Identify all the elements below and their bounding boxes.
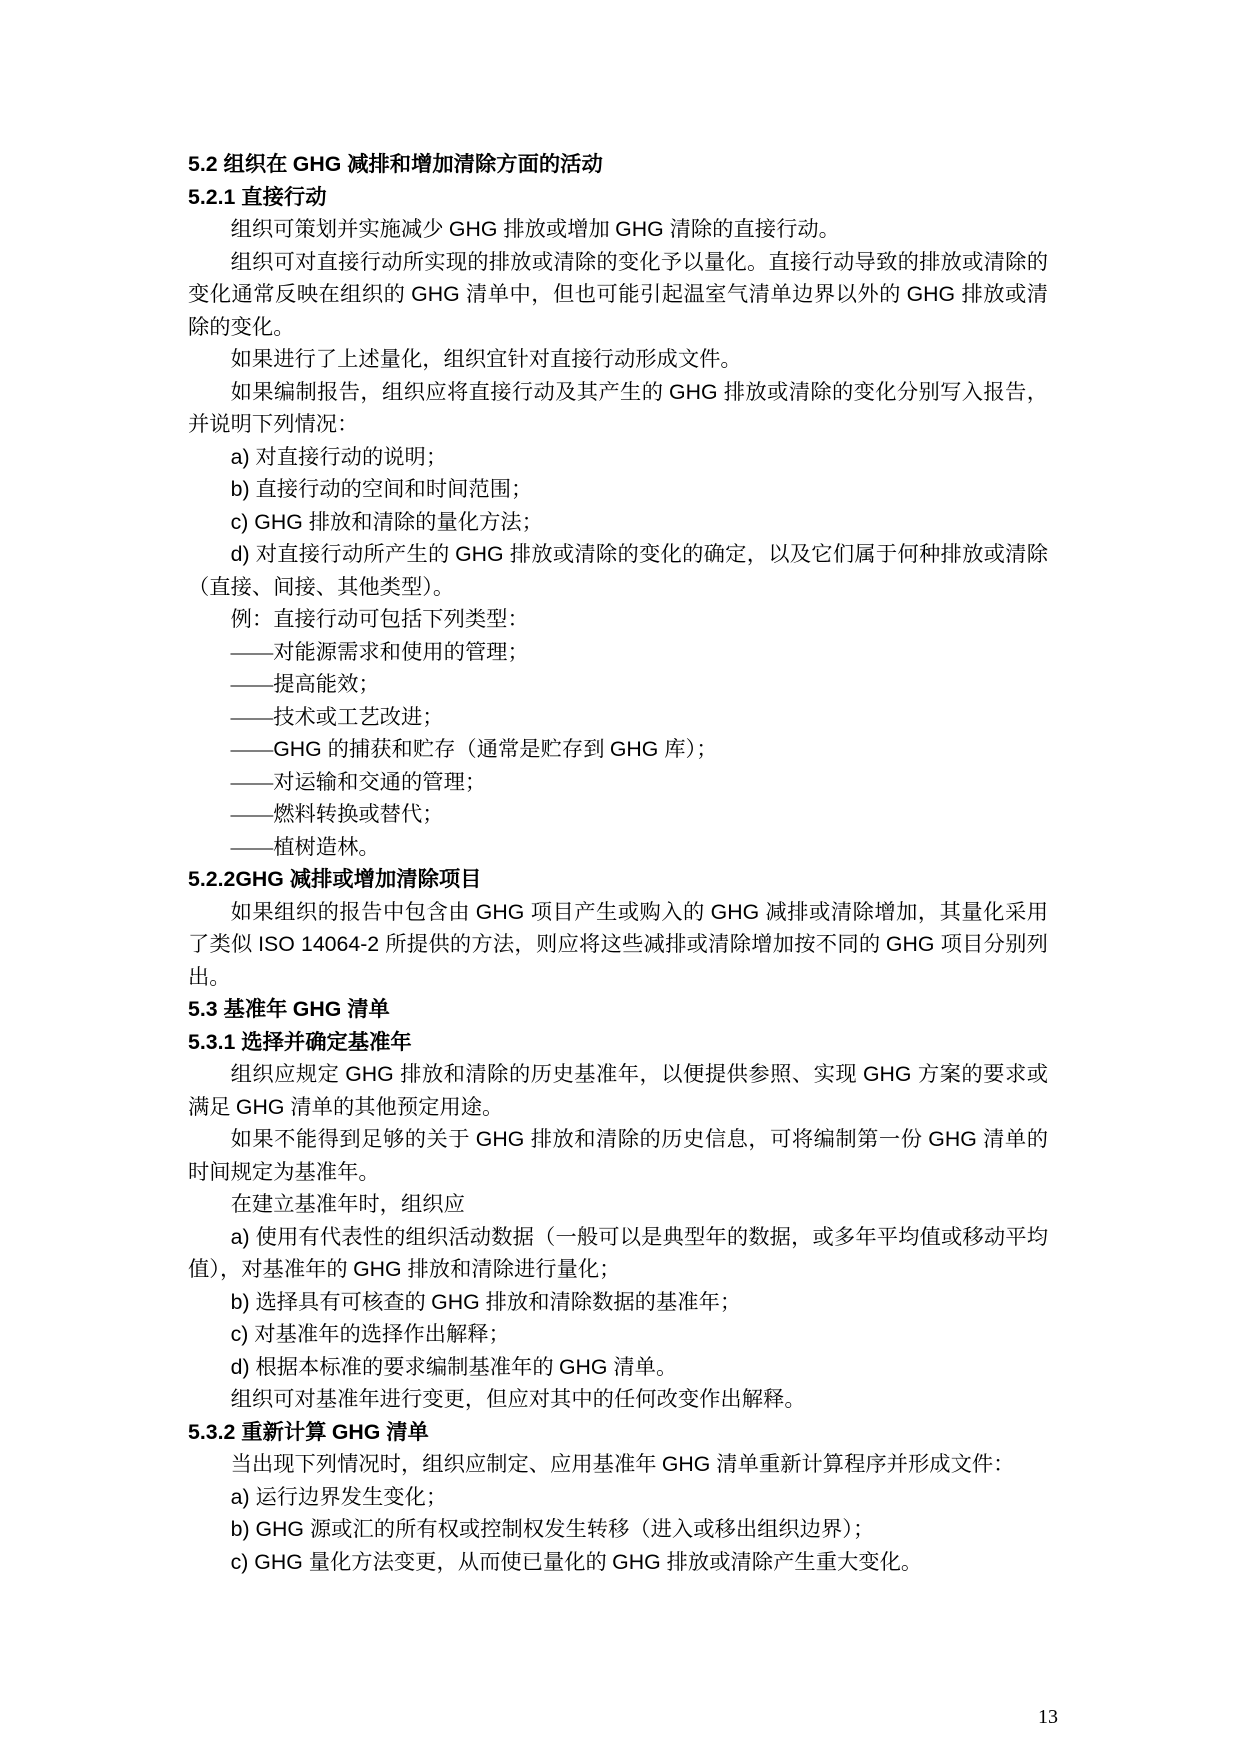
latin-text: GHG bbox=[886, 932, 941, 956]
latin-text: c) GHG bbox=[231, 510, 309, 534]
latin-text: d) bbox=[231, 542, 256, 566]
latin-text: GHG bbox=[928, 1127, 983, 1151]
latin-text: GHG bbox=[353, 1257, 407, 1281]
list-item: ——对能源需求和使用的管理； bbox=[188, 636, 1048, 669]
latin-text: GHG bbox=[236, 1095, 290, 1119]
list-item: ——燃料转换或替代； bbox=[188, 798, 1048, 831]
paragraph: 如果组织的报告中包含由 GHG 项目产生或购入的 GHG 减排或清除增加，其量化… bbox=[188, 896, 1048, 994]
latin-text: GHG bbox=[411, 282, 466, 306]
latin-text: a) bbox=[231, 1485, 256, 1509]
latin-text: d) bbox=[231, 1355, 256, 1379]
latin-text: GHG bbox=[559, 1355, 613, 1379]
list-item: a) 使用有代表性的组织活动数据（一般可以是典型年的数据，或多年平均值或移动平均… bbox=[188, 1221, 1048, 1286]
list-item: a) 对直接行动的说明； bbox=[188, 441, 1048, 474]
latin-text: ISO 14064-2 bbox=[258, 932, 385, 956]
section-heading: 5.3 基准年 GHG 清单 bbox=[188, 993, 1048, 1026]
latin-text: b) bbox=[231, 477, 256, 501]
latin-text: GHG bbox=[476, 900, 531, 924]
list-item: ——技术或工艺改进； bbox=[188, 701, 1048, 734]
document-page: 5.2 组织在 GHG 减排和增加清除方面的活动5.2.1 直接行动组织可策划并… bbox=[0, 0, 1240, 1755]
list-item: ——对运输和交通的管理； bbox=[188, 766, 1048, 799]
latin-text: 5.2 bbox=[188, 152, 224, 176]
latin-text: GHG bbox=[612, 1550, 666, 1574]
paragraph: 当出现下列情况时，组织应制定、应用基准年 GHG 清单重新计算程序并形成文件： bbox=[188, 1448, 1048, 1481]
list-item: b) 选择具有可核查的 GHG 排放和清除数据的基准年； bbox=[188, 1286, 1048, 1319]
list-item: ——提高能效； bbox=[188, 668, 1048, 701]
list-item: 例：直接行动可包括下列类型： bbox=[188, 603, 1048, 636]
latin-text: c) bbox=[231, 1322, 255, 1346]
latin-text: GHG bbox=[345, 1062, 400, 1086]
latin-text: b) bbox=[231, 1290, 256, 1314]
list-item: a) 运行边界发生变化； bbox=[188, 1481, 1048, 1514]
latin-text: GHG bbox=[273, 737, 327, 761]
section-heading: 5.3.1 选择并确定基准年 bbox=[188, 1026, 1048, 1059]
paragraph: 组织可对直接行动所实现的排放或清除的变化予以量化。直接行动导致的排放或清除的变化… bbox=[188, 246, 1048, 344]
list-item: b) 直接行动的空间和时间范围； bbox=[188, 473, 1048, 506]
latin-text: GHG bbox=[711, 900, 766, 924]
paragraph: 如果编制报告，组织应将直接行动及其产生的 GHG 排放或清除的变化分别写入报告，… bbox=[188, 376, 1048, 441]
latin-text: GHG bbox=[293, 152, 347, 176]
latin-text: GHG bbox=[431, 1290, 485, 1314]
list-item: ——GHG 的捕获和贮存（通常是贮存到 GHG 库）； bbox=[188, 733, 1048, 766]
latin-text: c) GHG bbox=[231, 1550, 309, 1574]
list-item: b) GHG 源或汇的所有权或控制权发生转移（进入或移出组织边界）； bbox=[188, 1513, 1048, 1546]
list-item: c) 对基准年的选择作出解释； bbox=[188, 1318, 1048, 1351]
paragraph: 组织可策划并实施减少 GHG 排放或增加 GHG 清除的直接行动。 bbox=[188, 213, 1048, 246]
section-heading: 5.2.1 直接行动 bbox=[188, 181, 1048, 214]
paragraph: 组织可对基准年进行变更，但应对其中的任何改变作出解释。 bbox=[188, 1383, 1048, 1416]
latin-text: GHG bbox=[669, 380, 724, 404]
section-heading: 5.2 组织在 GHG 减排和增加清除方面的活动 bbox=[188, 148, 1048, 181]
latin-text: a) bbox=[231, 1225, 256, 1249]
list-item: c) GHG 排放和清除的量化方法； bbox=[188, 506, 1048, 539]
latin-text: GHG bbox=[610, 737, 664, 761]
paragraph: 组织应规定 GHG 排放和清除的历史基准年，以便提供参照、实现 GHG 方案的要… bbox=[188, 1058, 1048, 1123]
latin-text: GHG bbox=[662, 1452, 716, 1476]
document-body: 5.2 组织在 GHG 减排和增加清除方面的活动5.2.1 直接行动组织可策划并… bbox=[188, 148, 1048, 1578]
paragraph: 如果进行了上述量化，组织宜针对直接行动形成文件。 bbox=[188, 343, 1048, 376]
latin-text: 5.2.1 bbox=[188, 185, 241, 209]
latin-text: 5.3.2 bbox=[188, 1420, 241, 1444]
latin-text: b) GHG bbox=[231, 1517, 310, 1541]
latin-text: 5.3.1 bbox=[188, 1030, 241, 1054]
latin-text: GHG bbox=[907, 282, 962, 306]
page-number: 13 bbox=[1038, 1705, 1058, 1729]
section-heading: 5.3.2 重新计算 GHG 清单 bbox=[188, 1416, 1048, 1449]
latin-text: GHG bbox=[615, 217, 669, 241]
latin-text: GHG bbox=[332, 1420, 386, 1444]
latin-text: 5.3 bbox=[188, 997, 224, 1021]
latin-text: GHG bbox=[449, 217, 503, 241]
list-item: d) 对直接行动所产生的 GHG 排放或清除的变化的确定，以及它们属于何种排放或… bbox=[188, 538, 1048, 603]
section-heading: 5.2.2GHG 减排或增加清除项目 bbox=[188, 863, 1048, 896]
list-item: d) 根据本标准的要求编制基准年的 GHG 清单。 bbox=[188, 1351, 1048, 1384]
paragraph: 如果不能得到足够的关于 GHG 排放和清除的历史信息，可将编制第一份 GHG 清… bbox=[188, 1123, 1048, 1188]
latin-text: a) bbox=[231, 445, 256, 469]
latin-text: 5.2.2GHG bbox=[188, 867, 290, 891]
latin-text: GHG bbox=[476, 1127, 531, 1151]
list-item: c) GHG 量化方法变更，从而使已量化的 GHG 排放或清除产生重大变化。 bbox=[188, 1546, 1048, 1579]
latin-text: GHG bbox=[863, 1062, 918, 1086]
list-item: ——植树造林。 bbox=[188, 831, 1048, 864]
latin-text: GHG bbox=[455, 542, 510, 566]
latin-text: GHG bbox=[293, 997, 347, 1021]
paragraph: 在建立基准年时，组织应 bbox=[188, 1188, 1048, 1221]
